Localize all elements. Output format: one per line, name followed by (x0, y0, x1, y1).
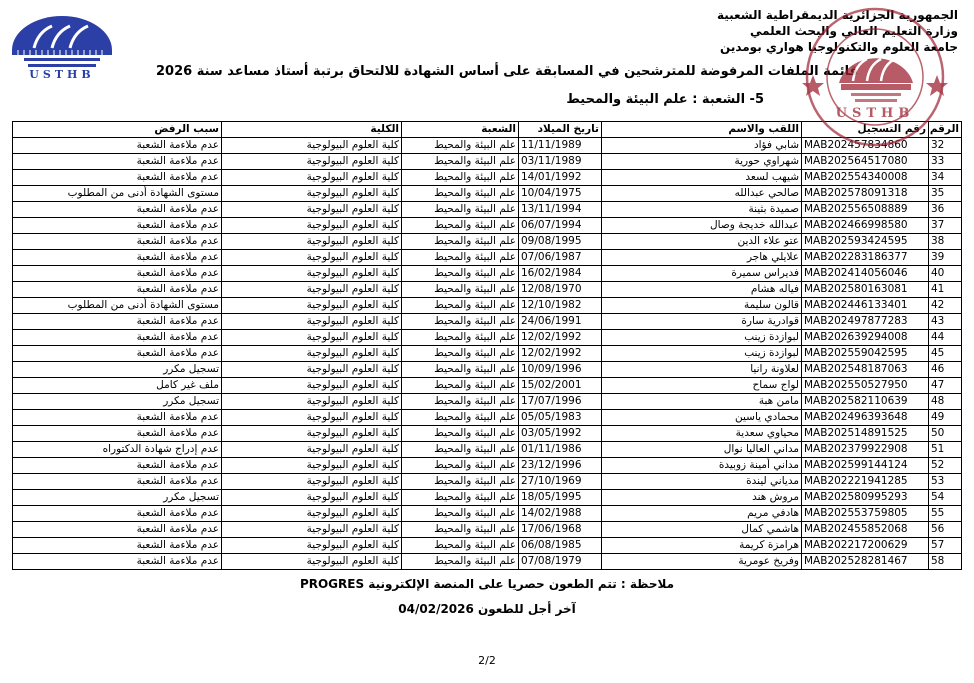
cell-registration: MAB202578091318 (802, 186, 929, 202)
cell-birthdate: 06/07/1994 (519, 218, 602, 234)
cell-branch: علم البيئة والمحيط (402, 330, 519, 346)
cell-registration: MAB202221941285 (802, 474, 929, 490)
cell-faculty: كلية العلوم البيولوجية (222, 138, 402, 154)
cell-number: 32 (929, 138, 962, 154)
col-header-number: الرقم (929, 122, 962, 138)
cell-birthdate: 10/09/1996 (519, 362, 602, 378)
cell-birthdate: 12/10/1982 (519, 298, 602, 314)
cell-branch: علم البيئة والمحيط (402, 186, 519, 202)
table-row: 52MAB202599144124مداني أمينة زوبيدة23/12… (13, 458, 962, 474)
table-row: 42MAB202446133401قالون سليمة12/10/1982عل… (13, 298, 962, 314)
table-row: 54MAB202580995293مروش هند18/05/1995علم ا… (13, 490, 962, 506)
table-row: 53MAB202221941285مدياني ليندة27/10/1969ع… (13, 474, 962, 490)
cell-number: 43 (929, 314, 962, 330)
cell-reason: عدم ملاءمة الشعبة (13, 506, 222, 522)
cell-birthdate: 17/07/1996 (519, 394, 602, 410)
svg-text:USTHB: USTHB (836, 106, 915, 121)
cell-registration: MAB202283186377 (802, 250, 929, 266)
cell-name: مداني أمينة زوبيدة (602, 458, 802, 474)
cell-number: 51 (929, 442, 962, 458)
cell-branch: علم البيئة والمحيط (402, 362, 519, 378)
cell-branch: علم البيئة والمحيط (402, 250, 519, 266)
cell-number: 58 (929, 554, 962, 570)
cell-faculty: كلية العلوم البيولوجية (222, 250, 402, 266)
table-body: 32MAB202457834860شابي فؤاد11/11/1989علم … (13, 138, 962, 570)
cell-number: 38 (929, 234, 962, 250)
cell-reason: عدم ملاءمة الشعبة (13, 538, 222, 554)
cell-faculty: كلية العلوم البيولوجية (222, 202, 402, 218)
cell-number: 34 (929, 170, 962, 186)
table-row: 47MAB202550527950لواج سماح15/02/2001علم … (13, 378, 962, 394)
cell-reason: عدم ملاءمة الشعبة (13, 282, 222, 298)
cell-faculty: كلية العلوم البيولوجية (222, 490, 402, 506)
cell-faculty: كلية العلوم البيولوجية (222, 282, 402, 298)
cell-number: 53 (929, 474, 962, 490)
table-row: 57MAB202217200629هرامزة كريمة06/08/1985ع… (13, 538, 962, 554)
cell-faculty: كلية العلوم البيولوجية (222, 426, 402, 442)
cell-birthdate: 13/11/1994 (519, 202, 602, 218)
table-row: 43MAB202497877283قوادرية سارة24/06/1991ع… (13, 314, 962, 330)
cell-name: محياوي سعدية (602, 426, 802, 442)
cell-name: لبوازدة زينب (602, 330, 802, 346)
cell-birthdate: 07/06/1987 (519, 250, 602, 266)
cell-number: 50 (929, 426, 962, 442)
cell-registration: MAB202553759805 (802, 506, 929, 522)
cell-faculty: كلية العلوم البيولوجية (222, 234, 402, 250)
cell-registration: MAB202414056046 (802, 266, 929, 282)
cell-branch: علم البيئة والمحيط (402, 522, 519, 538)
cell-faculty: كلية العلوم البيولوجية (222, 474, 402, 490)
table-row: 45MAB202559042595لبوازدة زينب12/02/1992ع… (13, 346, 962, 362)
cell-faculty: كلية العلوم البيولوجية (222, 410, 402, 426)
table-row: 36MAB202556508889صميدة بثينة13/11/1994عل… (13, 202, 962, 218)
cell-reason: عدم ملاءمة الشعبة (13, 234, 222, 250)
cell-faculty: كلية العلوم البيولوجية (222, 506, 402, 522)
cell-reason: عدم ملاءمة الشعبة (13, 154, 222, 170)
cell-faculty: كلية العلوم البيولوجية (222, 330, 402, 346)
cell-number: 36 (929, 202, 962, 218)
cell-registration: MAB202556508889 (802, 202, 929, 218)
cell-reason: عدم ملاءمة الشعبة (13, 250, 222, 266)
table-row: 41MAB202580163081فياله هشام12/08/1970علم… (13, 282, 962, 298)
cell-birthdate: 23/12/1996 (519, 458, 602, 474)
appeals-note: ملاحظة : تتم الطعون حصريا على المنصة الإ… (0, 577, 974, 591)
cell-name: لعلاونة رانيا (602, 362, 802, 378)
cell-branch: علم البيئة والمحيط (402, 506, 519, 522)
cell-registration: MAB202466998580 (802, 218, 929, 234)
cell-name: مدياني ليندة (602, 474, 802, 490)
cell-name: لبوازدة زينب (602, 346, 802, 362)
col-header-reason: سبب الرفض (13, 122, 222, 138)
cell-faculty: كلية العلوم البيولوجية (222, 458, 402, 474)
cell-reason: تسجيل مكرر (13, 490, 222, 506)
specialty-label: 5- الشعبة : علم البيئة والمحيط (566, 92, 764, 107)
cell-branch: علم البيئة والمحيط (402, 490, 519, 506)
cell-birthdate: 16/02/1984 (519, 266, 602, 282)
cell-faculty: كلية العلوم البيولوجية (222, 314, 402, 330)
cell-name: وفريخ عومرية (602, 554, 802, 570)
cell-name: قوادرية سارة (602, 314, 802, 330)
cell-faculty: كلية العلوم البيولوجية (222, 266, 402, 282)
cell-registration: MAB202599144124 (802, 458, 929, 474)
table-row: 44MAB202639294008لبوازدة زينب12/02/1992ع… (13, 330, 962, 346)
table-row: 34MAB202554340008شيهب لسعد14/01/1992علم … (13, 170, 962, 186)
cell-reason: عدم ملاءمة الشعبة (13, 170, 222, 186)
cell-reason: عدم ملاءمة الشعبة (13, 314, 222, 330)
cell-reason: عدم ملاءمة الشعبة (13, 346, 222, 362)
cell-registration: MAB202639294008 (802, 330, 929, 346)
cell-faculty: كلية العلوم البيولوجية (222, 538, 402, 554)
cell-faculty: كلية العلوم البيولوجية (222, 170, 402, 186)
cell-branch: علم البيئة والمحيط (402, 346, 519, 362)
cell-number: 35 (929, 186, 962, 202)
table-row: 38MAB202593424595عتو علاء الدين09/08/199… (13, 234, 962, 250)
cell-number: 54 (929, 490, 962, 506)
cell-registration: MAB202559042595 (802, 346, 929, 362)
cell-birthdate: 18/05/1995 (519, 490, 602, 506)
col-header-name: اللقب والاسم (602, 122, 802, 138)
cell-reason: عدم ملاءمة الشعبة (13, 522, 222, 538)
cell-branch: علم البيئة والمحيط (402, 282, 519, 298)
cell-name: عتو علاء الدين (602, 234, 802, 250)
cell-registration: MAB202497877283 (802, 314, 929, 330)
cell-reason: عدم ملاءمة الشعبة (13, 554, 222, 570)
cell-reason: مستوى الشهادة أدنى من المطلوب (13, 186, 222, 202)
cell-reason: عدم ملاءمة الشعبة (13, 458, 222, 474)
cell-birthdate: 14/01/1992 (519, 170, 602, 186)
cell-number: 41 (929, 282, 962, 298)
cell-name: فديراس سميرة (602, 266, 802, 282)
cell-name: مروش هند (602, 490, 802, 506)
cell-faculty: كلية العلوم البيولوجية (222, 154, 402, 170)
cell-number: 45 (929, 346, 962, 362)
header-university: جامعة العلوم والتكنولوجيا هواري بومدين (720, 40, 958, 54)
table-row: 49MAB202496393648محمادي ياسين05/05/1983ع… (13, 410, 962, 426)
cell-birthdate: 12/08/1970 (519, 282, 602, 298)
cell-name: هاشمي كمال (602, 522, 802, 538)
cell-birthdate: 09/08/1995 (519, 234, 602, 250)
cell-branch: علم البيئة والمحيط (402, 138, 519, 154)
cell-branch: علم البيئة والمحيط (402, 538, 519, 554)
cell-name: شابي فؤاد (602, 138, 802, 154)
cell-branch: علم البيئة والمحيط (402, 202, 519, 218)
cell-faculty: كلية العلوم البيولوجية (222, 522, 402, 538)
cell-name: مداني العاليا نوال (602, 442, 802, 458)
cell-branch: علم البيئة والمحيط (402, 442, 519, 458)
cell-faculty: كلية العلوم البيولوجية (222, 378, 402, 394)
cell-registration: MAB202554340008 (802, 170, 929, 186)
col-header-branch: الشعبة (402, 122, 519, 138)
cell-number: 37 (929, 218, 962, 234)
cell-number: 55 (929, 506, 962, 522)
table-row: 46MAB202548187063لعلاونة رانيا10/09/1996… (13, 362, 962, 378)
table-row: 56MAB202455852068هاشمي كمال17/06/1968علم… (13, 522, 962, 538)
cell-reason: عدم ملاءمة الشعبة (13, 410, 222, 426)
cell-name: محمادي ياسين (602, 410, 802, 426)
cell-branch: علم البيئة والمحيط (402, 554, 519, 570)
cell-registration: MAB202528281467 (802, 554, 929, 570)
cell-reason: عدم ملاءمة الشعبة (13, 202, 222, 218)
table-row: 37MAB202466998580عبدالله خديجة وصال06/07… (13, 218, 962, 234)
cell-registration: MAB202564517080 (802, 154, 929, 170)
cell-branch: علم البيئة والمحيط (402, 170, 519, 186)
cell-faculty: كلية العلوم البيولوجية (222, 186, 402, 202)
cell-birthdate: 07/08/1979 (519, 554, 602, 570)
cell-registration: MAB202446133401 (802, 298, 929, 314)
table-row: 50MAB202514891525محياوي سعدية03/05/1992ع… (13, 426, 962, 442)
cell-faculty: كلية العلوم البيولوجية (222, 362, 402, 378)
cell-branch: علم البيئة والمحيط (402, 458, 519, 474)
cell-birthdate: 27/10/1969 (519, 474, 602, 490)
table-header-row: الرقم رقم التسجيل اللقب والاسم تاريخ الم… (13, 122, 962, 138)
cell-branch: علم البيئة والمحيط (402, 314, 519, 330)
cell-birthdate: 11/11/1989 (519, 138, 602, 154)
cell-name: صالحي عبدالله (602, 186, 802, 202)
cell-faculty: كلية العلوم البيولوجية (222, 394, 402, 410)
col-header-birthdate: تاريخ الميلاد (519, 122, 602, 138)
cell-birthdate: 15/02/2001 (519, 378, 602, 394)
cell-registration: MAB202514891525 (802, 426, 929, 442)
cell-faculty: كلية العلوم البيولوجية (222, 346, 402, 362)
document-title: قائمة الملفات المرفوضة للمترشحين في المس… (0, 64, 974, 79)
cell-faculty: كلية العلوم البيولوجية (222, 298, 402, 314)
table-row: 58MAB202528281467وفريخ عومرية07/08/1979ع… (13, 554, 962, 570)
cell-number: 56 (929, 522, 962, 538)
cell-branch: علم البيئة والمحيط (402, 218, 519, 234)
cell-reason: عدم ملاءمة الشعبة (13, 266, 222, 282)
cell-birthdate: 12/02/1992 (519, 346, 602, 362)
cell-reason: تسجيل مكرر (13, 362, 222, 378)
cell-registration: MAB202580163081 (802, 282, 929, 298)
table-row: 35MAB202578091318صالحي عبدالله10/04/1975… (13, 186, 962, 202)
cell-registration: MAB202455852068 (802, 522, 929, 538)
cell-branch: علم البيئة والمحيط (402, 154, 519, 170)
cell-name: شهراوي حورية (602, 154, 802, 170)
table-row: 33MAB202564517080شهراوي حورية03/11/1989ع… (13, 154, 962, 170)
cell-number: 46 (929, 362, 962, 378)
cell-registration: MAB202582110639 (802, 394, 929, 410)
cell-number: 52 (929, 458, 962, 474)
cell-birthdate: 14/02/1988 (519, 506, 602, 522)
cell-registration: MAB202593424595 (802, 234, 929, 250)
cell-registration: MAB202548187063 (802, 362, 929, 378)
cell-branch: علم البيئة والمحيط (402, 234, 519, 250)
cell-branch: علم البيئة والمحيط (402, 266, 519, 282)
cell-registration: MAB202496393648 (802, 410, 929, 426)
cell-number: 48 (929, 394, 962, 410)
cell-number: 44 (929, 330, 962, 346)
table-row: 55MAB202553759805هادفي مريم14/02/1988علم… (13, 506, 962, 522)
cell-reason: تسجيل مكرر (13, 394, 222, 410)
cell-number: 40 (929, 266, 962, 282)
cell-name: لواج سماح (602, 378, 802, 394)
cell-reason: ملف غير كامل (13, 378, 222, 394)
cell-reason: عدم ملاءمة الشعبة (13, 218, 222, 234)
cell-name: فياله هشام (602, 282, 802, 298)
rejected-candidates-table: الرقم رقم التسجيل اللقب والاسم تاريخ الم… (12, 121, 962, 570)
cell-faculty: كلية العلوم البيولوجية (222, 554, 402, 570)
cell-reason: عدم ملاءمة الشعبة (13, 330, 222, 346)
cell-registration: MAB202550527950 (802, 378, 929, 394)
cell-number: 33 (929, 154, 962, 170)
cell-name: هادفي مريم (602, 506, 802, 522)
table-row: 48MAB202582110639مامن هبة17/07/1996علم ا… (13, 394, 962, 410)
cell-branch: علم البيئة والمحيط (402, 426, 519, 442)
cell-name: شيهب لسعد (602, 170, 802, 186)
cell-registration: MAB202379922908 (802, 442, 929, 458)
cell-reason: عدم إدراج شهادة الدكتوراه (13, 442, 222, 458)
header-republic: الجمهورية الجزائرية الديمقراطية الشعبية (717, 8, 958, 22)
cell-reason: عدم ملاءمة الشعبة (13, 426, 222, 442)
cell-birthdate: 05/05/1983 (519, 410, 602, 426)
cell-birthdate: 03/05/1992 (519, 426, 602, 442)
page-number: 2/2 (0, 654, 974, 667)
cell-registration: MAB202457834860 (802, 138, 929, 154)
table-row: 32MAB202457834860شابي فؤاد11/11/1989علم … (13, 138, 962, 154)
table-row: 51MAB202379922908مداني العاليا نوال01/11… (13, 442, 962, 458)
cell-birthdate: 06/08/1985 (519, 538, 602, 554)
cell-name: عبدالله خديجة وصال (602, 218, 802, 234)
cell-number: 42 (929, 298, 962, 314)
cell-branch: علم البيئة والمحيط (402, 410, 519, 426)
header-ministry: وزارة التعليم العالي والبحث العلمي (750, 24, 958, 38)
cell-reason: عدم ملاءمة الشعبة (13, 138, 222, 154)
col-header-faculty: الكلية (222, 122, 402, 138)
cell-birthdate: 10/04/1975 (519, 186, 602, 202)
cell-name: علايلي هاجر (602, 250, 802, 266)
cell-registration: MAB202217200629 (802, 538, 929, 554)
cell-birthdate: 01/11/1986 (519, 442, 602, 458)
col-header-registration: رقم التسجيل (802, 122, 929, 138)
cell-birthdate: 03/11/1989 (519, 154, 602, 170)
cell-birthdate: 17/06/1968 (519, 522, 602, 538)
cell-faculty: كلية العلوم البيولوجية (222, 218, 402, 234)
cell-number: 47 (929, 378, 962, 394)
appeals-deadline: آخر أجل للطعون 04/02/2026 (0, 602, 974, 616)
cell-reason: مستوى الشهادة أدنى من المطلوب (13, 298, 222, 314)
cell-branch: علم البيئة والمحيط (402, 474, 519, 490)
cell-branch: علم البيئة والمحيط (402, 298, 519, 314)
cell-faculty: كلية العلوم البيولوجية (222, 442, 402, 458)
cell-number: 49 (929, 410, 962, 426)
cell-reason: عدم ملاءمة الشعبة (13, 474, 222, 490)
cell-branch: علم البيئة والمحيط (402, 378, 519, 394)
cell-birthdate: 24/06/1991 (519, 314, 602, 330)
table-row: 39MAB202283186377علايلي هاجر07/06/1987عل… (13, 250, 962, 266)
cell-branch: علم البيئة والمحيط (402, 394, 519, 410)
cell-number: 57 (929, 538, 962, 554)
cell-name: مامن هبة (602, 394, 802, 410)
cell-number: 39 (929, 250, 962, 266)
cell-name: قالون سليمة (602, 298, 802, 314)
table-row: 40MAB202414056046فديراس سميرة16/02/1984ع… (13, 266, 962, 282)
cell-name: هرامزة كريمة (602, 538, 802, 554)
cell-registration: MAB202580995293 (802, 490, 929, 506)
cell-name: صميدة بثينة (602, 202, 802, 218)
cell-birthdate: 12/02/1992 (519, 330, 602, 346)
